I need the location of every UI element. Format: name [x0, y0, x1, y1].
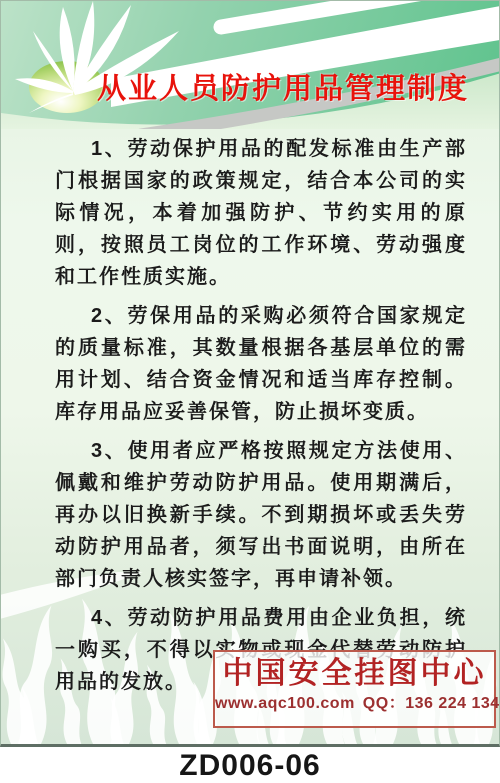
- poster-header: 从业人员防护用品管理制度: [1, 1, 500, 129]
- regulation-item-3: 3、使用者应严格按照规定方法使用、佩戴和维护劳动防护用品。使用期满后，再办以旧换…: [55, 435, 467, 595]
- regulation-item-2: 2、劳保用品的采购必须符合国家规定的质量标准，其数量根据各基层单位的需用计划、结…: [55, 300, 467, 428]
- code-strip: ZD006-06: [0, 747, 500, 783]
- poster: 从业人员防护用品管理制度: [0, 0, 500, 747]
- poster-title: 从业人员防护用品管理制度: [97, 71, 489, 107]
- publisher-qq: QQ：136 224 1340: [363, 695, 500, 712]
- header-swoosh-graphic: [1, 1, 500, 129]
- regulation-item-1: 1、劳动保护用品的配发标准由生产部门根据国家的政策规定，结合本公司的实际情况，本…: [55, 133, 467, 293]
- publisher-contact: www.aqc100.comQQ：136 224 1340: [215, 693, 494, 715]
- publisher-website: www.aqc100.com: [215, 695, 355, 712]
- publisher-name: 中国安全挂图中心: [215, 655, 494, 693]
- publisher-box: 中国安全挂图中心 www.aqc100.comQQ：136 224 1340: [213, 650, 496, 728]
- regulation-text: 1、劳动保护用品的配发标准由生产部门根据国家的政策规定，结合本公司的实际情况，本…: [55, 133, 467, 705]
- poster-code: ZD006-06: [179, 749, 320, 783]
- safety-poster-page: 从业人员防护用品管理制度: [0, 0, 500, 783]
